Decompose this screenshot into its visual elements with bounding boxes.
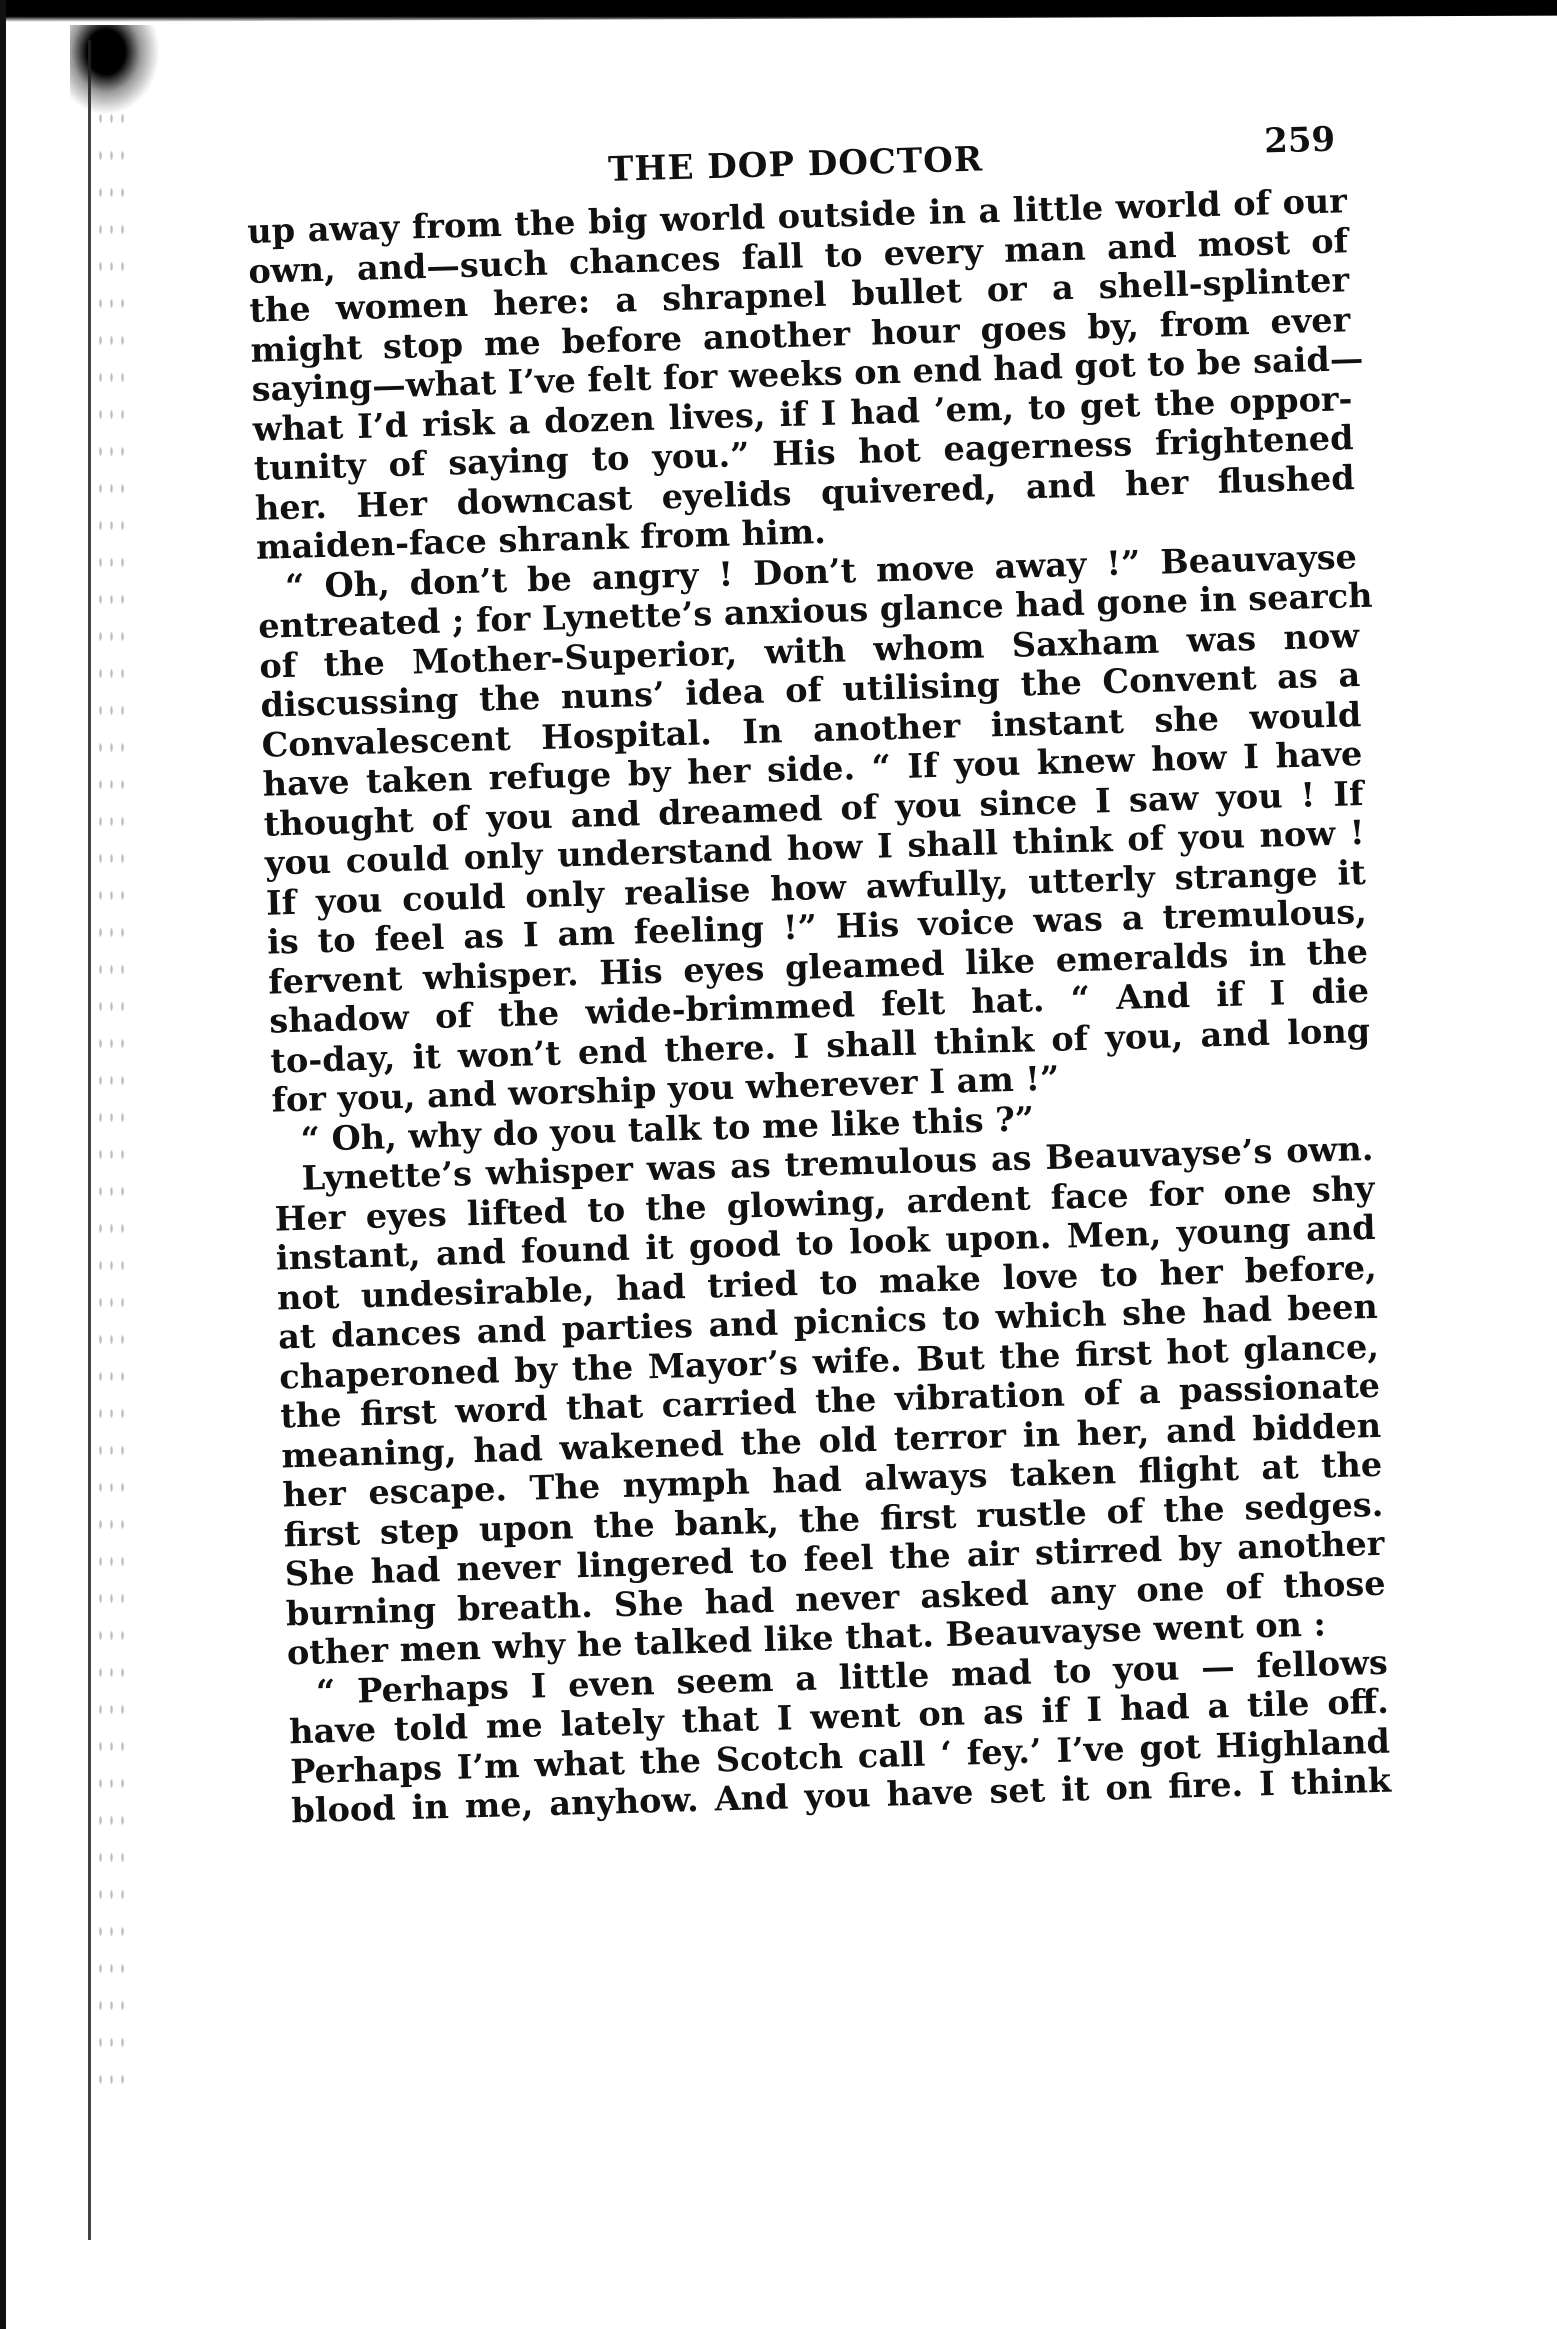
scan-left-edge [0,0,6,2329]
scan-top-edge [0,0,1557,14]
page-number: 259 [1264,120,1336,162]
body-text: up away from the big world outside in a … [247,181,1392,1831]
gutter-specks [95,100,125,2100]
book-gutter-line [88,40,91,2240]
book-page: THE DOP DOCTOR 259 up away from the big … [245,119,1392,1831]
scan-top-shadow [0,14,1557,22]
